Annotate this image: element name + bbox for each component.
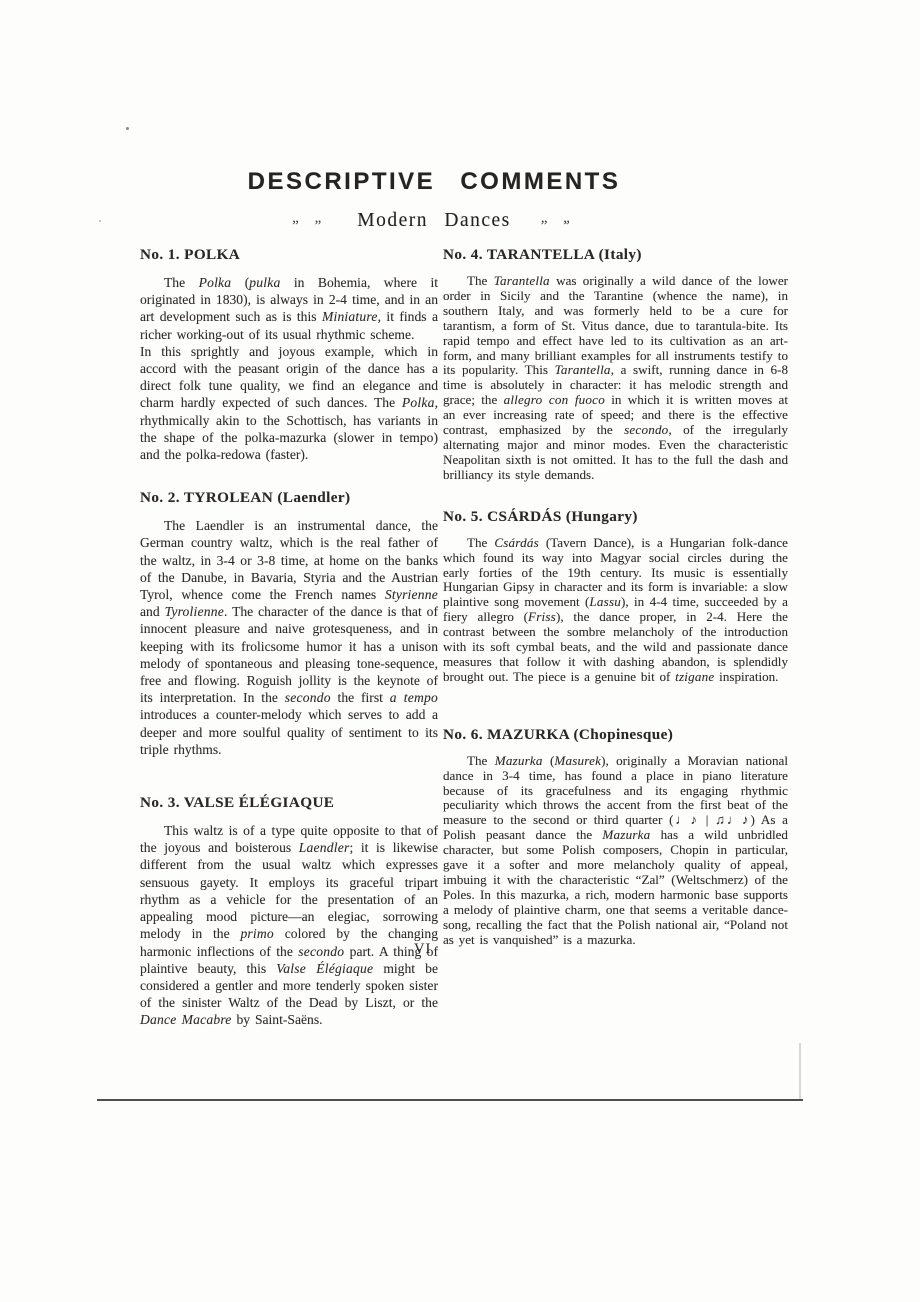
scanned-page: DESCRIPTIVE COMMENTS „ „ Modern Dances „… <box>0 0 920 1302</box>
subtitle-ornament-left: „ „ <box>292 210 327 227</box>
left-column: No. 1. POLKAThe Polka (pulka in Bohemia,… <box>140 245 438 1029</box>
section-heading: No. 3. VALSE ÉLÉGIAQUE <box>140 793 438 813</box>
section-paragraph: The Laendler is an instrumental dance, t… <box>140 517 438 758</box>
page-number: VI <box>414 941 431 958</box>
dance-section: No. 2. TYROLEAN (Laendler)The Laendler i… <box>140 488 438 758</box>
dance-section: No. 6. MAZURKA (Chopinesque)The Mazurka … <box>443 725 788 948</box>
section-heading: No. 5. CSÁRDÁS (Hungary) <box>443 507 788 527</box>
section-heading: No. 2. TYROLEAN (Laendler) <box>140 488 438 508</box>
dance-section: No. 3. VALSE ÉLÉGIAQUEThis waltz is of a… <box>140 793 438 1028</box>
section-heading: No. 4. TARANTELLA (Italy) <box>443 245 788 265</box>
dance-section: No. 4. TARANTELLA (Italy)The Tarantella … <box>443 245 788 483</box>
section-paragraph: In this sprightly and joyous example, wh… <box>140 343 438 463</box>
section-paragraph: The Csárdás (Tavern Dance), is a Hungari… <box>443 536 788 685</box>
section-heading: No. 1. POLKA <box>140 245 438 265</box>
dance-section: No. 1. POLKAThe Polka (pulka in Bohemia,… <box>140 245 438 463</box>
bottom-rule <box>97 1099 803 1101</box>
section-paragraph: This waltz is of a type quite opposite t… <box>140 822 438 1028</box>
right-column: No. 4. TARANTELLA (Italy)The Tarantella … <box>443 245 788 948</box>
subtitle-row: „ „ Modern Dances „ „ <box>0 210 868 232</box>
page-subtitle: Modern Dances <box>357 210 511 232</box>
subtitle-ornament-right: „ „ <box>541 210 576 227</box>
scan-speck <box>126 127 129 130</box>
section-paragraph: The Polka (pulka in Bohemia, where it or… <box>140 274 438 343</box>
dance-section: No. 5. CSÁRDÁS (Hungary)The Csárdás (Tav… <box>443 507 788 685</box>
page-edge-line <box>799 1043 801 1100</box>
section-heading: No. 6. MAZURKA (Chopinesque) <box>443 725 788 745</box>
section-paragraph: The Tarantella was originally a wild dan… <box>443 274 788 483</box>
section-paragraph: The Mazurka (Masurek), originally a Mora… <box>443 754 788 948</box>
page-title: DESCRIPTIVE COMMENTS <box>0 168 868 196</box>
